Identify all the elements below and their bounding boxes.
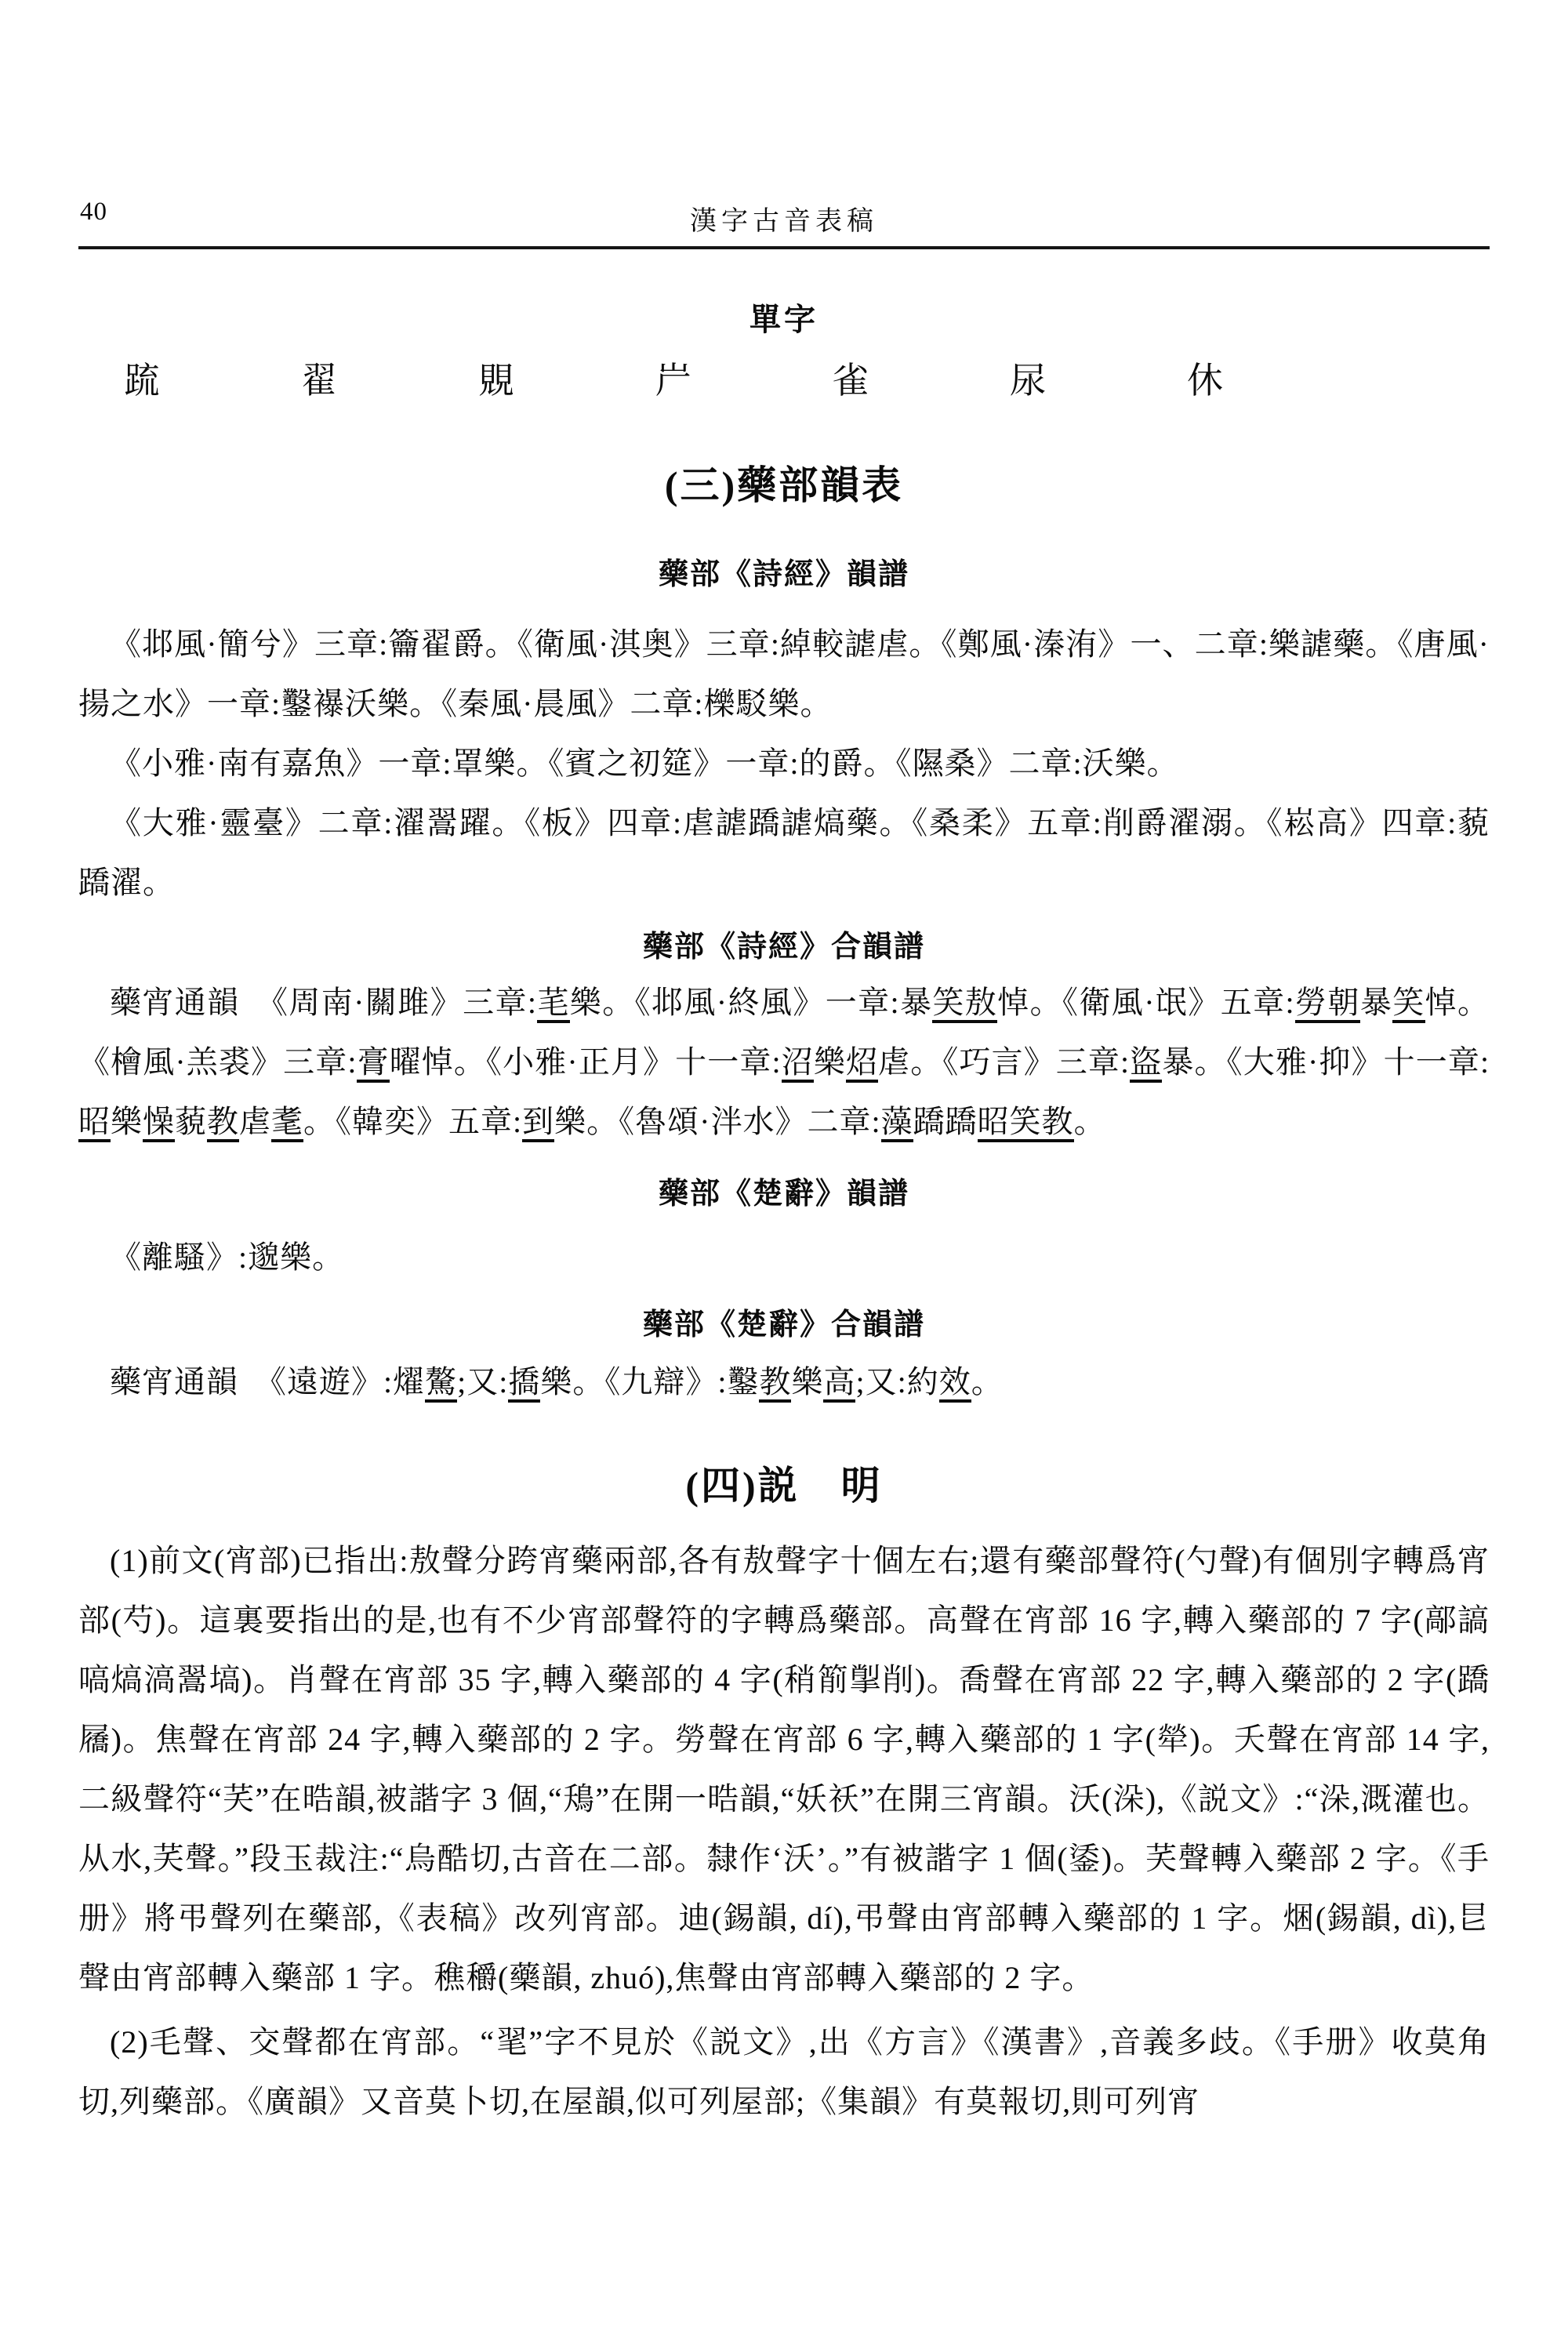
underlined-rhyme-char: 教	[759, 1364, 791, 1403]
heyunpu-paragraph: 藥宵通韻 《周南·關雎》三章:芼樂。《邶風·終風》一章:暴笑敖悼。《衛風·氓》五…	[78, 973, 1490, 1152]
underlined-rhyme-char: 沼	[782, 1044, 814, 1083]
hanzi-item-5: 雀	[833, 352, 869, 404]
yunpu-paragraph-3: 《大雅·靈臺》二章:濯翯躍。《板》四章:虐謔蹻謔熇藥。《桑柔》五章:削爵濯溺。《…	[78, 793, 1490, 913]
text-run: 樂。《九辯》:鑿	[540, 1364, 759, 1399]
text-run: 《大雅·靈臺》二章:濯翯躍。《板》四章:虐謔蹻謔熇藥。《桑柔》五章:削爵濯溺。《…	[78, 805, 1490, 900]
underlined-rhyme-char: 到	[522, 1104, 554, 1142]
underlined-rhyme-char: 驁	[425, 1364, 457, 1403]
underlined-rhyme-char: 懆	[143, 1104, 175, 1142]
text-run: 樂。《魯頌·泮水》二章:	[554, 1104, 880, 1139]
text-run: 。	[1074, 1104, 1106, 1139]
running-head: 40 漢字古音表稿	[78, 198, 1490, 249]
danzi-heading: 單字	[78, 295, 1490, 339]
hanzi-item-7: 休	[1187, 352, 1223, 404]
yunpu-paragraph-1: 《邶風·簡兮》三章:籥翟爵。《衛風·淇奥》三章:綽較謔虐。《鄭風·溱洧》一、二章…	[78, 615, 1490, 734]
underlined-rhyme-char: 笑敖	[932, 985, 997, 1023]
text-run: 暴。《大雅·抑》十一章:	[1162, 1044, 1490, 1080]
section-three-title: (三)藥部韻表	[78, 454, 1490, 510]
text-run: 藥宵通韻 《遠遊》:燿	[110, 1364, 425, 1399]
text-run: ;又:	[457, 1364, 508, 1399]
chuci-yunpu-heading: 藥部《楚辭》韻譜	[78, 1169, 1490, 1212]
underlined-rhyme-char: 勞朝	[1295, 985, 1360, 1023]
text-run: 虐	[239, 1104, 271, 1139]
explanation-paragraphs: (1)前文(宵部)已指出:敖聲分跨宵藥兩部,各有敖聲字十個左右;還有藥部聲符(勺…	[78, 1531, 1490, 2132]
underlined-rhyme-char: 撟	[508, 1364, 540, 1403]
text-run: ;又:約	[855, 1364, 938, 1399]
hanzi-item-4: 屵	[655, 352, 691, 404]
text-run: (2)毛聲、交聲都在宵部。“毣”字不見於《説文》,出《方言》《漢書》,音義多歧。…	[78, 2024, 1490, 2119]
text-run: 樂	[791, 1364, 823, 1399]
underlined-rhyme-char: 藻	[881, 1104, 913, 1142]
underlined-rhyme-char: 芼	[537, 985, 570, 1023]
chuci-heyunpu-paragraphs: 藥宵通韻 《遠遊》:燿驁;又:撟樂。《九辯》:鑿教樂高;又:約效。	[78, 1352, 1490, 1412]
hanzi-item-2: 翟	[301, 352, 337, 404]
explanation-paragraph-1: (1)前文(宵部)已指出:敖聲分跨宵藥兩部,各有敖聲字十個左右;還有藥部聲符(勺…	[78, 1531, 1490, 2008]
text-run: 暴	[1360, 985, 1392, 1020]
shijing-yunpu-heading: 藥部《詩經》韻譜	[78, 550, 1490, 593]
shijing-heyunpu-heading: 藥部《詩經》合韻譜	[78, 922, 1490, 965]
section-four-title: (四)説 明	[78, 1454, 1490, 1511]
underlined-rhyme-char: 笑	[1392, 985, 1425, 1023]
hanzi-item-3: 覞	[478, 352, 514, 404]
underlined-rhyme-char: 耄	[271, 1104, 303, 1142]
chuci-heyunpu-heading: 藥部《楚辭》合韻譜	[78, 1300, 1490, 1343]
text-run: 虐。《巧言》三章:	[878, 1044, 1130, 1080]
text-run: 藥宵通韻 《周南·關雎》三章:	[110, 985, 537, 1020]
hanzi-item-1: 䟽	[124, 352, 160, 404]
text-run: 樂	[814, 1044, 846, 1080]
text-run: 。《韓奕》五章:	[303, 1104, 522, 1139]
text-run: 《邶風·簡兮》三章:籥翟爵。《衛風·淇奥》三章:綽較謔虐。《鄭風·溱洧》一、二章…	[78, 626, 1490, 721]
text-run: 悼。《衛風·氓》五章:	[997, 985, 1294, 1020]
underlined-rhyme-char: 昭	[78, 1104, 111, 1142]
underlined-rhyme-char: 效	[939, 1364, 971, 1403]
explanation-paragraph-2: (2)毛聲、交聲都在宵部。“毣”字不見於《説文》,出《方言》《漢書》,音義多歧。…	[78, 2013, 1490, 2132]
hanzi-item-6: 尿	[1010, 352, 1046, 404]
book-page: 40 漢字古音表稿 單字 䟽 翟 覞 屵 雀 尿 休 (三)藥部韻表 藥部《詩經…	[0, 198, 1568, 2132]
underlined-rhyme-char: 教	[207, 1104, 239, 1142]
text-run: 曜悼。《小雅·正月》十一章:	[390, 1044, 782, 1080]
text-run: 。	[971, 1364, 1004, 1399]
shijing-yunpu-paragraphs: 《邶風·簡兮》三章:籥翟爵。《衛風·淇奥》三章:綽較謔虐。《鄭風·溱洧》一、二章…	[78, 615, 1490, 913]
text-run: 樂	[111, 1104, 143, 1139]
chuci-heyunpu-line: 藥宵通韻 《遠遊》:燿驁;又:撟樂。《九辯》:鑿教樂高;又:約效。	[78, 1352, 1490, 1412]
text-run: 藐	[175, 1104, 207, 1139]
underlined-rhyme-char: 高	[823, 1364, 855, 1403]
shijing-heyunpu-paragraphs: 藥宵通韻 《周南·關雎》三章:芼樂。《邶風·終風》一章:暴笑敖悼。《衛風·氓》五…	[78, 973, 1490, 1152]
underlined-rhyme-char: 盜	[1130, 1044, 1162, 1083]
text-run: 《離騷》:邈樂。	[110, 1240, 344, 1275]
lisao-line: 《離騷》:邈樂。	[78, 1228, 1490, 1287]
yunpu-paragraph-2: 《小雅·南有嘉魚》一章:罩樂。《賓之初筵》一章:的爵。《隰桑》二章:沃樂。	[78, 734, 1490, 793]
underlined-rhyme-char: 膏	[357, 1044, 389, 1083]
book-title: 漢字古音表稿	[78, 199, 1490, 238]
text-run: 蹻蹻	[913, 1104, 978, 1139]
chuci-yunpu-paragraphs: 《離騷》:邈樂。	[78, 1228, 1490, 1287]
text-run: (1)前文(宵部)已指出:敖聲分跨宵藥兩部,各有敖聲字十個左右;還有藥部聲符(勺…	[78, 1543, 1490, 1995]
underlined-rhyme-char: 昭笑教	[978, 1104, 1074, 1142]
text-run: 樂。《邶風·終風》一章:暴	[570, 985, 933, 1020]
underlined-rhyme-char: 炤	[846, 1044, 878, 1083]
hanzi-list: 䟽 翟 覞 屵 雀 尿 休	[78, 352, 1490, 404]
text-run: 《小雅·南有嘉魚》一章:罩樂。《賓之初筵》一章:的爵。《隰桑》二章:沃樂。	[110, 746, 1179, 781]
